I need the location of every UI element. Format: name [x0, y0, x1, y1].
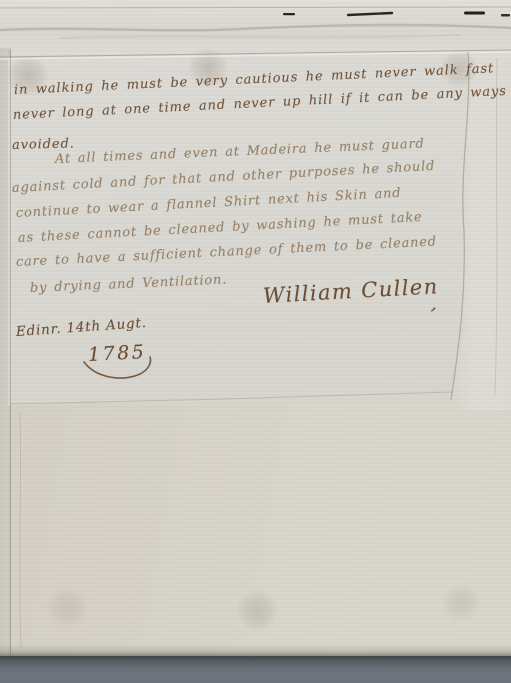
stacked-pages-top-edge [0, 0, 511, 57]
manuscript-photo: in walking he must be very cautious he m… [0, 0, 511, 683]
dateline-year: 1785 [87, 341, 146, 366]
paper-stain [46, 588, 88, 628]
paper-stain [442, 584, 480, 622]
letter-line: avoided. [12, 136, 75, 153]
desk-surface [0, 656, 511, 683]
paper-stain [236, 590, 278, 632]
